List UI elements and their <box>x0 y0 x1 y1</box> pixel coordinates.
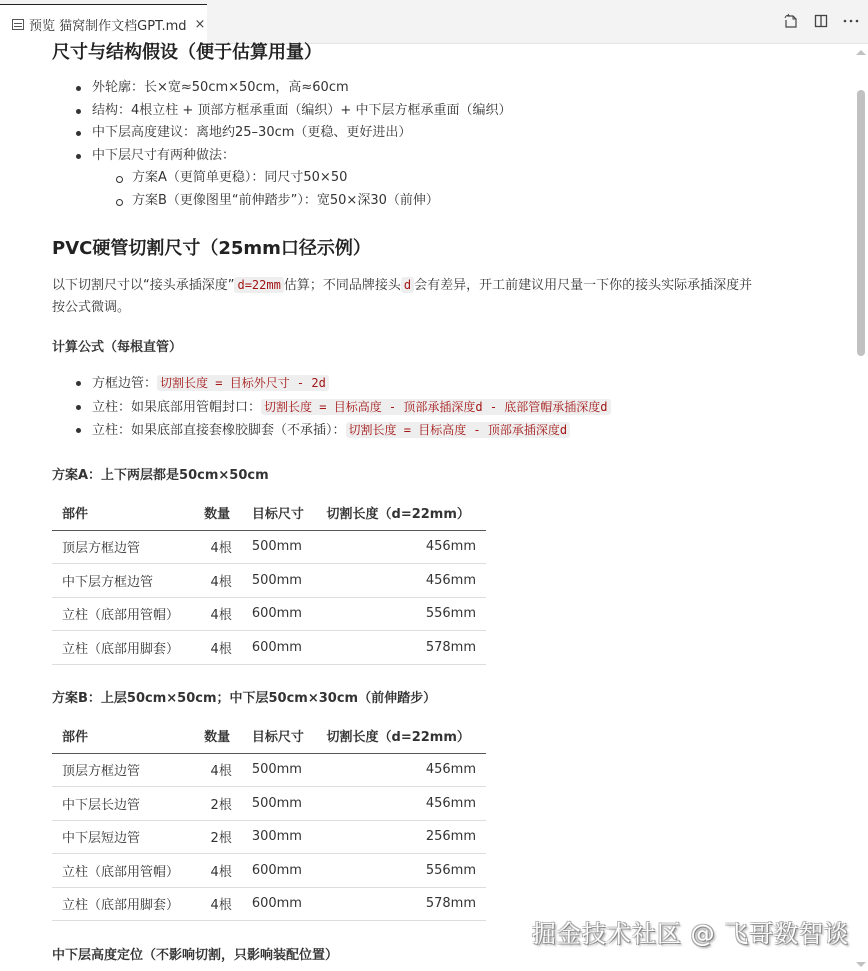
editor-actions <box>782 12 860 30</box>
layout-option-sub-list: 方案A（更简单更稳）：同尺寸50×50 方案B（更像图里“前伸踏步”）：宽50×… <box>52 167 812 212</box>
cell: 4根 <box>194 530 242 564</box>
table-row: 顶层方框边管4根500mm456mm <box>52 753 486 787</box>
cell: 4根 <box>194 753 242 787</box>
cell: 300mm <box>242 820 317 854</box>
table-row: 立柱（底部用脚套）4根600mm578mm <box>52 887 486 921</box>
cell: 顶层方框边管 <box>52 530 194 564</box>
tab-label: 预览 猫窝制作文档GPT.md <box>29 15 187 34</box>
cell: 4根 <box>194 887 242 921</box>
plan-a-heading: 方案A：上下两层都是50cm×50cm <box>52 464 269 483</box>
intro-text: 按公式微调。 <box>52 300 130 315</box>
cell: 立柱（底部用脚套） <box>52 631 194 665</box>
formula-list: 方框边管：切割长度 = 目标外尺寸 - 2d 立柱：如果底部用管帽封口：切割长度… <box>52 372 812 443</box>
list-item: 方案B（更像图里“前伸踏步”）：宽50×深30（前伸） <box>52 190 812 213</box>
column-header: 部件 <box>52 719 194 753</box>
plan-b-table: 部件 数量 目标尺寸 切割长度（d=22mm） 顶层方框边管4根500mm456… <box>52 719 486 921</box>
cell: 4根 <box>194 564 242 598</box>
plan-b-heading: 方案B：上层50cm×50cm；中下层50cm×30cm（前伸踏步） <box>52 687 436 706</box>
formula-code: 切割长度 = 目标外尺寸 - 2d <box>157 375 329 391</box>
height-positioning-heading: 中下层高度定位（不影响切割，只影响装配位置） <box>52 944 338 963</box>
cell: 立柱（底部用管帽） <box>52 854 194 888</box>
cell: 立柱（底部用管帽） <box>52 597 194 631</box>
cell: 456mm <box>317 753 486 787</box>
dimension-bullet-list: 外轮廓：长×宽≈50cm×50cm，高≈60cm 结构：4根立柱 + 顶部方框承… <box>52 77 812 167</box>
cell: 2根 <box>194 820 242 854</box>
cell: 立柱（底部用脚套） <box>52 887 194 921</box>
list-item: 中下层尺寸有两种做法： <box>52 145 812 168</box>
cell: 500mm <box>242 530 317 564</box>
cell: 4根 <box>194 631 242 665</box>
cell: 中下层长边管 <box>52 787 194 821</box>
cell: 256mm <box>317 820 486 854</box>
cell: 578mm <box>317 887 486 921</box>
formula-label: 立柱：如果底部直接套橡胶脚套（不承插）： <box>92 423 346 438</box>
section-heading-pvc-cutting: PVC硬管切割尺寸（25mm口径示例） <box>52 236 371 262</box>
inline-code: d <box>401 277 414 293</box>
column-header: 切割长度（d=22mm） <box>317 719 486 753</box>
table-header-row: 部件 数量 目标尺寸 切割长度（d=22mm） <box>52 496 486 530</box>
table-row: 立柱（底部用管帽）4根600mm556mm <box>52 597 486 631</box>
cell: 556mm <box>317 854 486 888</box>
scroll-down-arrow-icon[interactable] <box>856 962 866 967</box>
cell: 578mm <box>317 631 486 665</box>
formula-code: 切割长度 = 目标高度 - 顶部承插深度d <box>346 422 571 438</box>
column-header: 数量 <box>194 496 242 530</box>
close-tab-button[interactable]: × <box>195 17 206 32</box>
formula-item: 立柱：如果底部直接套橡胶脚套（不承插）：切割长度 = 目标高度 - 顶部承插深度… <box>52 419 812 443</box>
formula-label: 立柱：如果底部用管帽封口： <box>92 400 261 415</box>
cell: 中下层短边管 <box>52 820 194 854</box>
cell: 456mm <box>317 564 486 598</box>
formula-code: 切割长度 = 目标高度 - 顶部承插深度d - 底部管帽承插深度d <box>261 399 610 415</box>
column-header: 数量 <box>194 719 242 753</box>
intro-text: 估算；不同品牌接头 <box>284 278 401 293</box>
more-actions-button[interactable] <box>842 12 860 30</box>
intro-text: 会有差异，开工前建议用尺量一下你的接头实际承插深度并 <box>414 278 752 293</box>
formula-label: 方框边管： <box>92 376 157 391</box>
scroll-thumb[interactable] <box>857 90 865 356</box>
table-row: 顶层方框边管4根500mm456mm <box>52 530 486 564</box>
table-row: 中下层长边管2根500mm456mm <box>52 787 486 821</box>
cell: 456mm <box>317 530 486 564</box>
formula-item: 立柱：如果底部用管帽封口：切割长度 = 目标高度 - 顶部承插深度d - 底部管… <box>52 396 812 420</box>
open-source-icon <box>783 13 799 29</box>
cell: 中下层方框边管 <box>52 564 194 598</box>
preview-icon <box>12 19 24 30</box>
section-heading-dimensions: 尺寸与结构假设（便于估算用量） <box>52 40 322 66</box>
watermark: 掘金技术社区 @ 飞哥数智谈 <box>532 914 849 949</box>
cell: 4根 <box>194 597 242 631</box>
list-item: 结构：4根立柱 + 顶部方框承重面（编织）+ 中下层方框承重面（编织） <box>52 100 812 123</box>
list-item: 中下层高度建议：离地约25–30cm（更稳、更好进出） <box>52 122 812 145</box>
vertical-scrollbar[interactable] <box>854 44 868 971</box>
cell: 600mm <box>242 887 317 921</box>
scroll-up-arrow-icon[interactable] <box>856 50 866 55</box>
more-actions-icon <box>843 19 859 23</box>
table-row: 中下层短边管2根300mm256mm <box>52 820 486 854</box>
column-header: 部件 <box>52 496 194 530</box>
cell: 600mm <box>242 631 317 665</box>
cell: 500mm <box>242 564 317 598</box>
table-row: 立柱（底部用脚套）4根600mm578mm <box>52 631 486 665</box>
list-item: 外轮廓：长×宽≈50cm×50cm，高≈60cm <box>52 77 812 100</box>
plan-a-table: 部件 数量 目标尺寸 切割长度（d=22mm） 顶层方框边管4根500mm456… <box>52 496 486 665</box>
split-editor-button[interactable] <box>812 12 830 30</box>
table-row: 立柱（底部用管帽）4根600mm556mm <box>52 854 486 888</box>
column-header: 目标尺寸 <box>242 496 317 530</box>
column-header: 目标尺寸 <box>242 719 317 753</box>
cell: 456mm <box>317 787 486 821</box>
table-header-row: 部件 数量 目标尺寸 切割长度（d=22mm） <box>52 719 486 753</box>
list-item: 方案A（更简单更稳）：同尺寸50×50 <box>52 167 812 190</box>
open-source-button[interactable] <box>782 12 800 30</box>
intro-paragraph: 以下切割尺寸以“接头承插深度”d=22mm估算；不同品牌接头d会有差异，开工前建… <box>52 274 812 319</box>
cell: 600mm <box>242 597 317 631</box>
split-editor-icon <box>814 14 828 28</box>
tab-preview[interactable]: 预览 猫窝制作文档GPT.md × <box>0 4 207 44</box>
column-header: 切割长度（d=22mm） <box>317 496 486 530</box>
table-row: 中下层方框边管4根500mm456mm <box>52 564 486 598</box>
intro-text: 以下切割尺寸以“接头承插深度” <box>52 278 234 293</box>
cell: 556mm <box>317 597 486 631</box>
formula-heading: 计算公式（每根直管） <box>52 336 182 355</box>
cell: 600mm <box>242 854 317 888</box>
formula-item: 方框边管：切割长度 = 目标外尺寸 - 2d <box>52 372 812 396</box>
cell: 4根 <box>194 854 242 888</box>
cell: 顶层方框边管 <box>52 753 194 787</box>
cell: 500mm <box>242 753 317 787</box>
cell: 500mm <box>242 787 317 821</box>
cell: 2根 <box>194 787 242 821</box>
inline-code: d=22mm <box>234 277 283 293</box>
editor-tab-bar: 预览 猫窝制作文档GPT.md × <box>0 0 868 44</box>
